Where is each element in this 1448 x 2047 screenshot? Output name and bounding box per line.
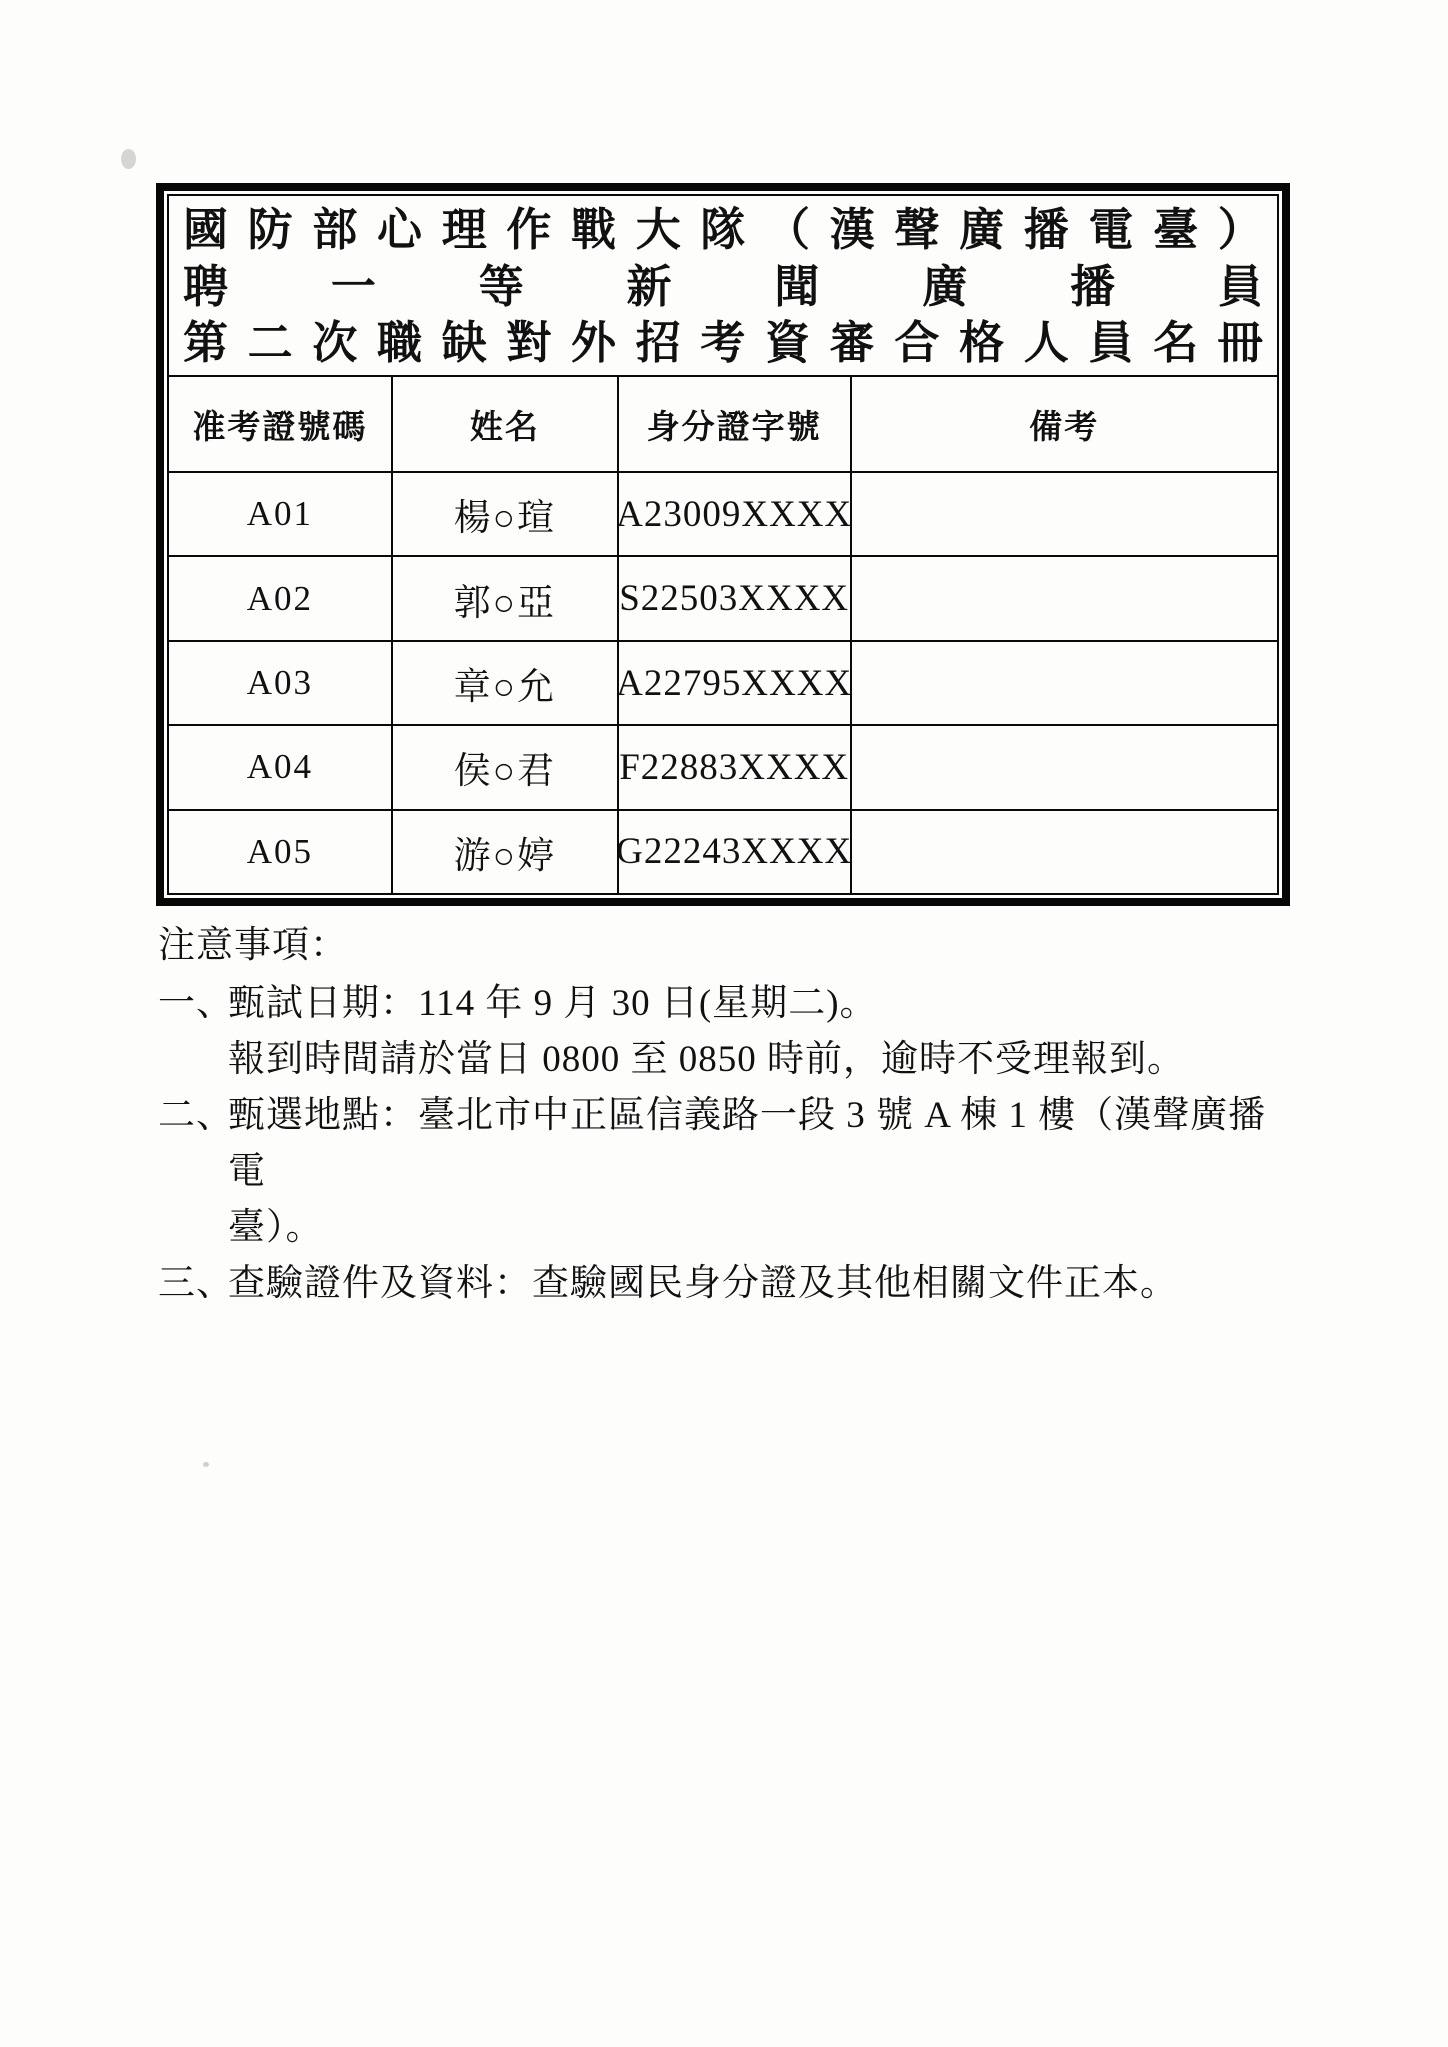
- candidate-name: 游○婷: [393, 811, 619, 893]
- table-row: A05 游○婷 G22243XXXX: [169, 811, 1277, 893]
- title-line-2: 聘一等新聞廣播員: [183, 259, 1263, 315]
- column-header-admission-number: 准考證號碼: [169, 377, 393, 471]
- admission-number: A05: [169, 811, 393, 893]
- title-line-3: 第二次職缺對外招考資審合格人員名冊: [183, 315, 1263, 371]
- note-marker: 三、: [158, 1256, 228, 1312]
- note-line: 甄選地點：臺北市中正區信義路一段 3 號 A 棟 1 樓（漢聲廣播電: [228, 1088, 1298, 1200]
- document-title: 國防部心理作戰大隊（漢聲廣播電臺） 聘一等新聞廣播員 第二次職缺對外招考資審合格…: [169, 196, 1277, 377]
- note-item-2: 二、 甄選地點：臺北市中正區信義路一段 3 號 A 棟 1 樓（漢聲廣播電 臺）…: [158, 1088, 1298, 1256]
- note-body: 查驗證件及資料：查驗國民身分證及其他相關文件正本。: [228, 1256, 1298, 1312]
- table-row: A03 章○允 A22795XXXX: [169, 642, 1277, 726]
- roster-table-inner: 國防部心理作戰大隊（漢聲廣播電臺） 聘一等新聞廣播員 第二次職缺對外招考資審合格…: [167, 194, 1279, 895]
- note-line: 甄試日期：114 年 9 月 30 日(星期二)。: [228, 976, 1298, 1032]
- title-line-1: 國防部心理作戰大隊（漢聲廣播電臺）: [183, 202, 1263, 258]
- candidate-name: 郭○亞: [393, 557, 619, 639]
- note-line: 查驗證件及資料：查驗國民身分證及其他相關文件正本。: [228, 1256, 1298, 1312]
- table-row: A02 郭○亞 S22503XXXX: [169, 557, 1277, 641]
- table-header-row: 准考證號碼 姓名 身分證字號 備考: [169, 377, 1277, 473]
- candidate-name: 章○允: [393, 642, 619, 724]
- id-number: A23009XXXX: [619, 473, 852, 555]
- note-item-1: 一、 甄試日期：114 年 9 月 30 日(星期二)。 報到時間請於當日 08…: [158, 976, 1298, 1088]
- table-row: A01 楊○瑄 A23009XXXX: [169, 473, 1277, 557]
- scan-speck: [203, 1462, 209, 1467]
- admission-number: A03: [169, 642, 393, 724]
- candidate-name: 侯○君: [393, 726, 619, 808]
- note-marker: 一、: [158, 976, 228, 1088]
- remarks: [852, 473, 1277, 555]
- remarks: [852, 642, 1277, 724]
- id-number: A22795XXXX: [619, 642, 852, 724]
- note-line: 報到時間請於當日 0800 至 0850 時前，逾時不受理報到。: [228, 1032, 1298, 1088]
- admission-number: A02: [169, 557, 393, 639]
- admission-number: A04: [169, 726, 393, 808]
- remarks: [852, 726, 1277, 808]
- column-header-remarks: 備考: [852, 377, 1277, 471]
- scan-speck: [121, 149, 136, 169]
- table-row: A04 侯○君 F22883XXXX: [169, 726, 1277, 810]
- roster-table: 國防部心理作戰大隊（漢聲廣播電臺） 聘一等新聞廣播員 第二次職缺對外招考資審合格…: [156, 183, 1290, 906]
- note-line: 臺）。: [228, 1200, 1298, 1256]
- scanned-roster-page: 國防部心理作戰大隊（漢聲廣播電臺） 聘一等新聞廣播員 第二次職缺對外招考資審合格…: [0, 0, 1448, 2047]
- note-marker: 二、: [158, 1088, 228, 1256]
- remarks: [852, 557, 1277, 639]
- id-number: F22883XXXX: [619, 726, 852, 808]
- column-header-id-number: 身分證字號: [619, 377, 852, 471]
- note-body: 甄試日期：114 年 9 月 30 日(星期二)。 報到時間請於當日 0800 …: [228, 976, 1298, 1088]
- notes-heading: 注意事項：: [158, 918, 1298, 974]
- id-number: S22503XXXX: [619, 557, 852, 639]
- candidate-name: 楊○瑄: [393, 473, 619, 555]
- admission-number: A01: [169, 473, 393, 555]
- notes-section: 注意事項： 一、 甄試日期：114 年 9 月 30 日(星期二)。 報到時間請…: [158, 918, 1298, 1312]
- roster-grid: 准考證號碼 姓名 身分證字號 備考 A01 楊○瑄 A23009XXXX A02…: [169, 377, 1277, 893]
- remarks: [852, 811, 1277, 893]
- note-body: 甄選地點：臺北市中正區信義路一段 3 號 A 棟 1 樓（漢聲廣播電 臺）。: [228, 1088, 1298, 1256]
- column-header-name: 姓名: [393, 377, 619, 471]
- note-item-3: 三、 查驗證件及資料：查驗國民身分證及其他相關文件正本。: [158, 1256, 1298, 1312]
- id-number: G22243XXXX: [619, 811, 852, 893]
